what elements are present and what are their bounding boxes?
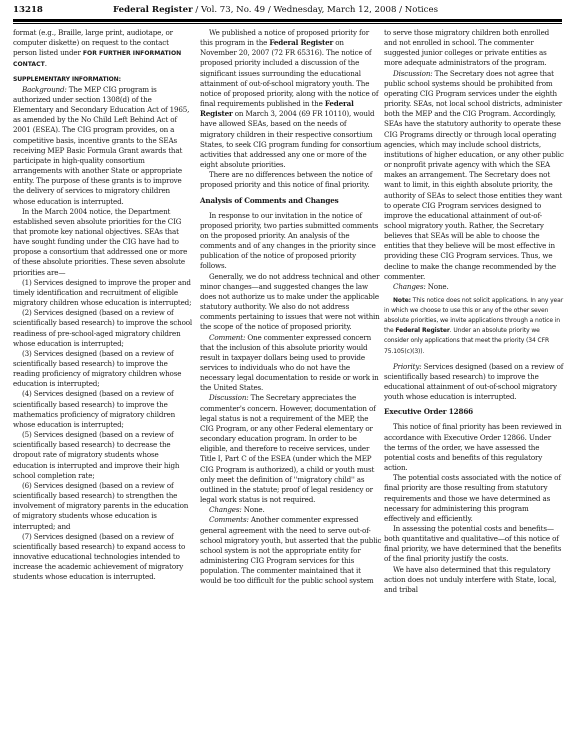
paragraph-published-notice: We published a notice of proposed priori… xyxy=(200,28,382,170)
paragraph-changes: Changes: None. xyxy=(200,505,382,515)
paragraph-continued: to serve those migratory children both e… xyxy=(384,28,564,69)
paragraph-comments: Comments: Another commenter expressed ge… xyxy=(200,515,382,586)
priority-item: (3) Services designed (based on a review… xyxy=(13,349,193,390)
priority-item: (7) Services designed (based on a review… xyxy=(13,532,193,583)
federal-register-ref: Federal Register xyxy=(395,327,449,334)
text: The Secretary appreciates the commenter'… xyxy=(200,393,376,504)
paragraph-comment: Comment: One commenter expressed concern… xyxy=(200,333,382,394)
paragraph-priority: Priority: Services designed (based on a … xyxy=(384,362,564,403)
column-left: format (e.g., Braille, large print, audi… xyxy=(13,28,193,582)
priority-item: (4) Services designed (based on a review… xyxy=(13,389,193,430)
header-rule-thick xyxy=(13,19,562,22)
priority-item: (1) Services designed to improve the pro… xyxy=(13,278,193,308)
run-in-label: Comment: xyxy=(209,333,245,342)
note-block: Note: This notice does not solicit appli… xyxy=(384,296,564,357)
run-in-label: Priority: xyxy=(393,362,421,371)
page-header: 13218 Federal Register / Vol. 73, No. 49… xyxy=(13,5,560,19)
citation: / Vol. 73, No. 49 / Wednesday, March 12,… xyxy=(193,5,438,15)
run-in-label: Changes: xyxy=(393,282,426,291)
column-middle: We published a notice of proposed priori… xyxy=(200,28,382,586)
note-label: Note: xyxy=(393,297,411,304)
text: on November 20, 2007 (72 FR 65316). The … xyxy=(200,38,378,108)
paragraph-assessing: In assessing the potential costs and ben… xyxy=(384,524,564,565)
section-heading-eo12866: Executive Order 12866 xyxy=(384,407,564,417)
supplementary-heading: SUPPLEMENTARY INFORMATION: xyxy=(13,75,193,85)
priority-item: (5) Services designed (based on a review… xyxy=(13,430,193,481)
header-rule-thin xyxy=(13,23,562,24)
column-right: to serve those migratory children both e… xyxy=(384,28,564,595)
section-heading-analysis: Analysis of Comments and Changes xyxy=(200,196,382,206)
paragraph-discussion: Discussion: The Secretary appreciates th… xyxy=(200,393,382,505)
run-in-label: Background: xyxy=(22,85,67,94)
paragraph-no-differences: There are no differences between the not… xyxy=(200,170,382,190)
run-in-label: Discussion: xyxy=(393,69,433,78)
publication-name: Federal Register xyxy=(113,5,193,15)
paragraph-accessible-format: format (e.g., Braille, large print, audi… xyxy=(13,28,193,71)
paragraph-also-determined: We have also determined that this regula… xyxy=(384,565,564,595)
paragraph-response: In response to our invitation in the not… xyxy=(200,211,382,272)
paragraph-generally: Generally, we do not address technical a… xyxy=(200,272,382,333)
federal-register-ref: Federal Register xyxy=(269,38,333,47)
text: The MEP CIG program is authorized under … xyxy=(13,85,189,206)
run-in-label: Changes: xyxy=(209,505,242,514)
paragraph-background: Background: The MEP CIG program is autho… xyxy=(13,85,193,207)
text: The Secretary does not agree that public… xyxy=(384,69,564,281)
text: None. xyxy=(426,282,449,291)
text: None. xyxy=(242,505,265,514)
paragraph-potential-costs: The potential costs associated with the … xyxy=(384,473,564,524)
paragraph-eo-review: This notice of final priority has been r… xyxy=(384,422,564,473)
paragraph-discussion: Discussion: The Secretary does not agree… xyxy=(384,69,564,282)
text: Another commenter expressed general agre… xyxy=(200,515,381,585)
running-title: Federal Register / Vol. 73, No. 49 / Wed… xyxy=(113,5,438,15)
paragraph-changes: Changes: None. xyxy=(384,282,564,292)
paragraph-march-2004: In the March 2004 notice, the Department… xyxy=(13,207,193,278)
page-number: 13218 xyxy=(13,5,43,15)
run-in-label: Discussion: xyxy=(209,393,249,402)
text: . xyxy=(45,59,47,68)
priority-item: (2) Services designed (based on a review… xyxy=(13,308,193,349)
priority-item: (6) Services designed (based on a review… xyxy=(13,481,193,532)
run-in-label: Comments: xyxy=(209,515,249,524)
